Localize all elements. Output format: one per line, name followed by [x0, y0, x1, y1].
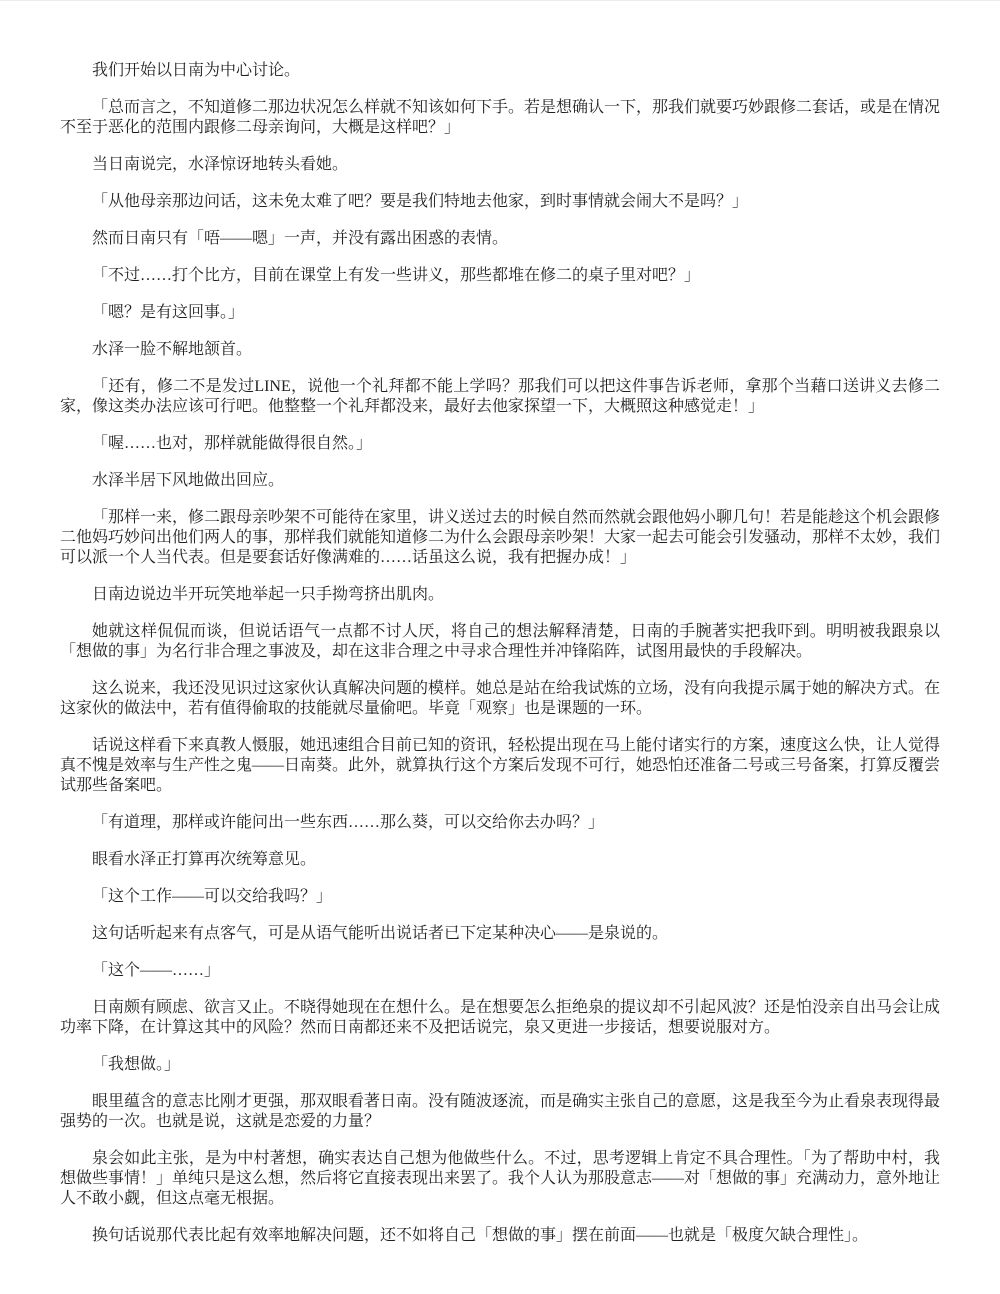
paragraph: 泉会如此主张，是为中村著想，确实表达自己想为他做些什么。不过，思考逻辑上肯定不具… — [60, 1149, 940, 1209]
paragraph: 换句话说那代表比起有效率地解决问题，还不如将自己「想做的事」摆在前面——也就是「… — [60, 1226, 940, 1246]
paragraph: 「总而言之，不知道修二那边状况怎么样就不知该如何下手。若是想确认一下，那我们就要… — [60, 98, 940, 138]
paragraph: 这么说来，我还没见识过这家伙认真解决问题的模样。她总是站在给我试炼的立场，没有向… — [60, 679, 940, 719]
paragraph: 然而日南只有「唔——嗯」一声，并没有露出困惑的表情。 — [60, 229, 940, 249]
paragraph: 话说这样看下来真教人慑服，她迅速组合目前已知的资讯，轻松提出现在马上能付诸实行的… — [60, 736, 940, 796]
paragraph: 日南颇有顾虑、欲言又止。不晓得她现在在想什么。是在想要怎么拒绝泉的提议却不引起风… — [60, 998, 940, 1038]
paragraph: 水泽一脸不解地颔首。 — [60, 340, 940, 360]
paragraph: 「嗯？是有这回事。」 — [60, 303, 940, 323]
paragraph: 「从他母亲那边问话，这未免太难了吧？要是我们特地去他家，到时事情就会闹大不是吗？… — [60, 192, 940, 212]
paragraph: 眼看水泽正打算再次统筹意见。 — [60, 850, 940, 870]
paragraph: 「喔……也对，那样就能做得很自然。」 — [60, 434, 940, 454]
paragraph: 她就这样侃侃而谈，但说话语气一点都不讨人厌，将自己的想法解释清楚，日南的手腕著实… — [60, 622, 940, 662]
paragraph: 「有道理，那样或许能问出一些东西……那么葵，可以交给你去办吗？」 — [60, 813, 940, 833]
paragraph: 当日南说完，水泽惊讶地转头看她。 — [60, 155, 940, 175]
paragraph: 我们开始以日南为中心讨论。 — [60, 61, 940, 81]
paragraph: 「不过……打个比方，目前在课堂上有发一些讲义，那些都堆在修二的桌子里对吧？」 — [60, 266, 940, 286]
paragraph: 「那样一来，修二跟母亲吵架不可能待在家里，讲义送过去的时候自然而然就会跟他妈小聊… — [60, 508, 940, 568]
paragraph: 这句话听起来有点客气，可是从语气能听出说话者已下定某种决心——是泉说的。 — [60, 924, 940, 944]
paragraph: 「我想做。」 — [60, 1055, 940, 1075]
paragraph: 「这个工作——可以交给我吗？」 — [60, 887, 940, 907]
paragraph: 「这个——……」 — [60, 961, 940, 981]
paragraph: 水泽半居下风地做出回应。 — [60, 471, 940, 491]
novel-page: 我们开始以日南为中心讨论。 「总而言之，不知道修二那边状况怎么样就不知该如何下手… — [0, 0, 1000, 1294]
paragraph: 「还有，修二不是发过LINE，说他一个礼拜都不能上学吗？那我们可以把这件事告诉老… — [60, 377, 940, 417]
paragraph: 眼里蕴含的意志比刚才更强，那双眼看著日南。没有随波逐流，而是确实主张自己的意愿，… — [60, 1092, 940, 1132]
paragraph: 日南边说边半开玩笑地举起一只手拗弯挤出肌肉。 — [60, 585, 940, 605]
